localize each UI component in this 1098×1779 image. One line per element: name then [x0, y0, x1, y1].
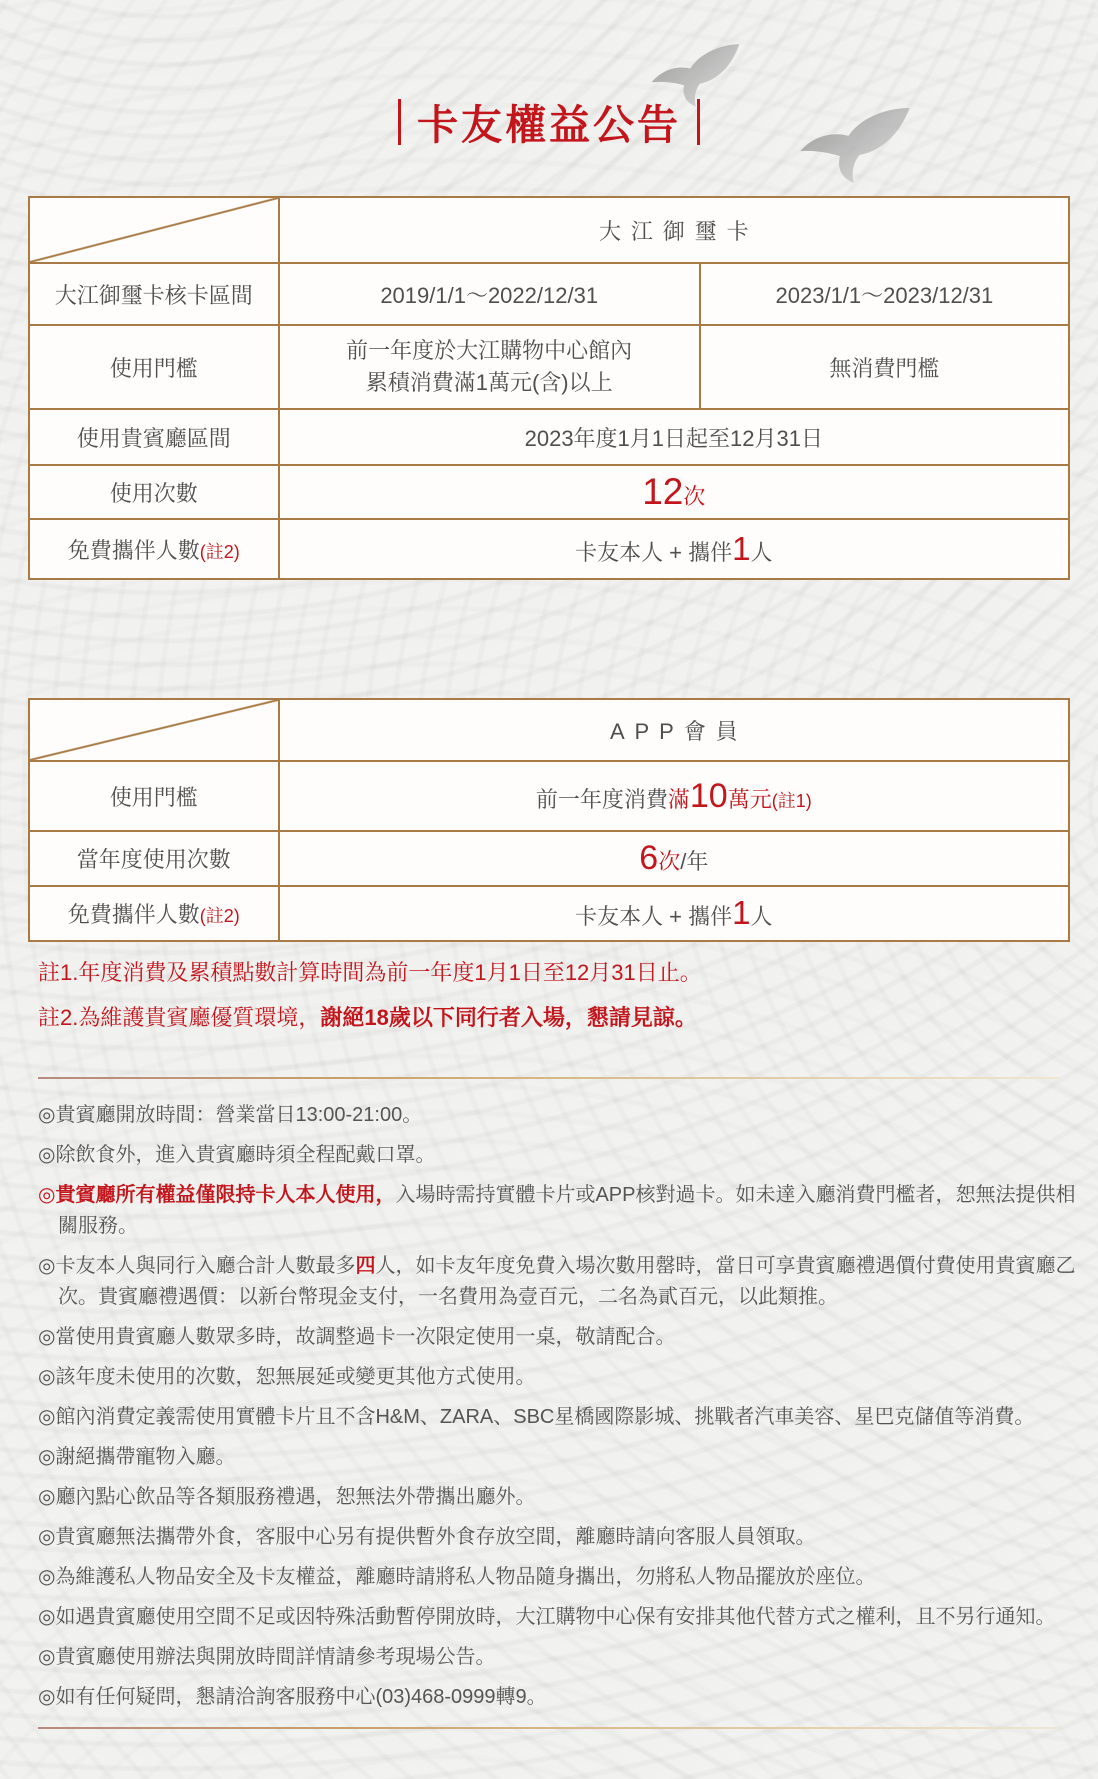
page-title: 卡友權益公告	[417, 92, 681, 151]
companion-pre: 卡友本人 + 攜伴	[575, 540, 732, 565]
list-item: ◎為維護私人物品安全及卡友權益，離廳時請將私人物品隨身攜出，勿將私人物品擺放於座…	[38, 1562, 1080, 1593]
app-companion-number: 1	[732, 894, 750, 931]
list-item: ◎當使用貴賓廳人數眾多時，故調整過卡一次限定使用一桌，敬請配合。	[38, 1322, 1080, 1353]
diagonal-cell	[29, 699, 279, 761]
bullet-text: ◎該年度未使用的次數，恕無展延或變更其他方式使用。	[38, 1366, 535, 1388]
cell-threshold-right: 無消費門檻	[700, 325, 1069, 409]
footnote-2-normal: 註2.為維護貴賓廳優質環境，	[38, 1005, 320, 1030]
cell-app-threshold: 前一年度消費滿10萬元(註1)	[279, 761, 1069, 831]
app-threshold-red1: 滿	[668, 787, 690, 812]
list-item: ◎貴賓廳使用辦法與開放時間詳情請參考現場公告。	[38, 1642, 1080, 1673]
bullet-text: ◎卡友本人與同行入廳合計人數最多	[38, 1255, 355, 1277]
app-companion-pre: 卡友本人 + 攜伴	[575, 904, 732, 929]
app-threshold-note: (註1)	[772, 791, 812, 811]
bullet-text: ◎館內消費定義需使用實體卡片且不含H&M、ZARA、SBC星橋國際影城、挑戰者汽…	[38, 1406, 1034, 1428]
footnote-2-bold: 謝絕18歲以下同行者入場，懇請見諒。	[320, 1005, 696, 1030]
uses-unit: 次	[683, 484, 705, 509]
bullet-text-red: ◎貴賓廳所有權益僅限持卡人本人使用，	[38, 1184, 395, 1206]
bullet-text: ◎除飲食外，進入貴賓廳時須全程配戴口罩。	[38, 1144, 435, 1166]
announcement-page: 卡友權益公告 大江御璽卡 大江御璽卡核卡區間 2019/1/1～2022/12/…	[0, 0, 1098, 1779]
bullet-text: ◎如遇貴賓廳使用空間不足或因特殊活動暫停開放時，大江購物中心保有安排其他代替方式…	[38, 1606, 1055, 1628]
row-label-companion: 免費攜伴人數(註2)	[29, 519, 279, 579]
app-companion-post: 人	[751, 904, 773, 929]
list-item: ◎貴賓廳無法攜帶外食，客服中心另有提供暫外食存放空間，離廳時請向客服人員領取。	[38, 1522, 1080, 1553]
separator-line-bottom	[38, 1727, 1060, 1729]
row-label-app-uses: 當年度使用次數	[29, 831, 279, 886]
cell-period-1: 2019/1/1～2022/12/31	[279, 263, 700, 325]
list-item: ◎貴賓廳開放時間：營業當日13:00-21:00。	[38, 1100, 1080, 1131]
companion-number: 1	[732, 530, 750, 567]
list-item: ◎如遇貴賓廳使用空間不足或因特殊活動暫停開放時，大江購物中心保有安排其他代替方式…	[38, 1602, 1080, 1633]
app-uses-suffix: /年	[680, 849, 708, 874]
cell-lounge-period: 2023年度1月1日起至12月31日	[279, 409, 1069, 465]
page-title-row: 卡友權益公告	[0, 92, 1098, 151]
app-threshold-number: 10	[690, 777, 728, 815]
list-item: ◎該年度未使用的次數，恕無展延或變更其他方式使用。	[38, 1362, 1080, 1393]
threshold-line-2: 累積消費滿1萬元(含)以上	[286, 367, 693, 399]
cell-app-uses: 6次/年	[279, 831, 1069, 886]
cell-companion: 卡友本人 + 攜伴1人	[279, 519, 1069, 579]
table-header-app: APP會員	[279, 699, 1069, 761]
companion-label-text: 免費攜伴人數	[68, 538, 200, 563]
bullet-text: ◎如有任何疑問，懇請洽詢客服務中心(03)468-0999轉9。	[38, 1686, 547, 1708]
list-item: ◎除飲食外，進入貴賓廳時須全程配戴口罩。	[38, 1140, 1080, 1171]
bullet-text-red: 四	[355, 1255, 375, 1277]
title-bar-left	[398, 99, 401, 145]
footnote-1: 註1.年度消費及累積點數計算時間為前一年度1月1日至12月31日止。	[38, 958, 1068, 988]
app-threshold-red2: 萬元	[728, 787, 772, 812]
bullet-text: ◎廳內點心飲品等各類服務禮遇，恕無法外帶攜出廳外。	[38, 1486, 535, 1508]
app-companion-label-note: (註2)	[200, 906, 240, 926]
threshold-line-1: 前一年度於大江購物中心館內	[286, 335, 693, 367]
list-item: ◎館內消費定義需使用實體卡片且不含H&M、ZARA、SBC星橋國際影城、挑戰者汽…	[38, 1402, 1080, 1433]
list-item: ◎謝絕攜帶寵物入廳。	[38, 1442, 1080, 1473]
title-bar-right	[697, 99, 700, 145]
bullet-text: ◎謝絕攜帶寵物入廳。	[38, 1446, 235, 1468]
row-label-lounge-period: 使用貴賓廳區間	[29, 409, 279, 465]
cell-threshold-left: 前一年度於大江購物中心館內 累積消費滿1萬元(含)以上	[279, 325, 700, 409]
row-label-app-threshold: 使用門檻	[29, 761, 279, 831]
table-header-card: 大江御璽卡	[279, 197, 1069, 263]
app-threshold-pre: 前一年度消費	[536, 787, 668, 812]
cell-period-2: 2023/1/1～2023/12/31	[700, 263, 1069, 325]
uses-number: 12	[642, 471, 683, 512]
row-label-app-companion: 免費攜伴人數(註2)	[29, 886, 279, 941]
bullet-text: ◎貴賓廳開放時間：營業當日13:00-21:00。	[38, 1104, 422, 1126]
bullet-text: ◎貴賓廳無法攜帶外食，客服中心另有提供暫外食存放空間，離廳時請向客服人員領取。	[38, 1526, 815, 1548]
list-item: ◎廳內點心飲品等各類服務禮遇，恕無法外帶攜出廳外。	[38, 1482, 1080, 1513]
row-label-interval: 大江御璽卡核卡區間	[29, 263, 279, 325]
bullet-text: ◎當使用貴賓廳人數眾多時，故調整過卡一次限定使用一桌，敬請配合。	[38, 1326, 675, 1348]
list-item: ◎貴賓廳所有權益僅限持卡人本人使用，入場時需持實體卡片或APP核對過卡。如未達入…	[38, 1180, 1080, 1242]
row-label-threshold: 使用門檻	[29, 325, 279, 409]
app-companion-label-text: 免費攜伴人數	[68, 902, 200, 927]
footnotes: 註1.年度消費及累積點數計算時間為前一年度1月1日至12月31日止。 註2.為維…	[38, 958, 1068, 1047]
companion-post: 人	[751, 540, 773, 565]
app-member-table: APP會員 使用門檻 前一年度消費滿10萬元(註1) 當年度使用次數 6次/年 …	[28, 698, 1070, 942]
separator-line-top	[38, 1077, 1060, 1079]
app-uses-unit: 次	[658, 849, 680, 874]
row-label-uses: 使用次數	[29, 465, 279, 519]
cell-uses: 12次	[279, 465, 1069, 519]
card-benefits-table: 大江御璽卡 大江御璽卡核卡區間 2019/1/1～2022/12/31 2023…	[28, 196, 1070, 580]
cell-app-companion: 卡友本人 + 攜伴1人	[279, 886, 1069, 941]
bullet-text: ◎貴賓廳使用辦法與開放時間詳情請參考現場公告。	[38, 1646, 495, 1668]
footnote-2: 註2.為維護貴賓廳優質環境，謝絕18歲以下同行者入場，懇請見諒。	[38, 1003, 1068, 1033]
rules-list: ◎貴賓廳開放時間：營業當日13:00-21:00。 ◎除飲食外，進入貴賓廳時須全…	[38, 1100, 1080, 1722]
diagonal-cell	[29, 197, 279, 263]
list-item: ◎卡友本人與同行入廳合計人數最多四人，如卡友年度免費入場次數用罄時，當日可享貴賓…	[38, 1251, 1080, 1313]
list-item: ◎如有任何疑問，懇請洽詢客服務中心(03)468-0999轉9。	[38, 1682, 1080, 1713]
bullet-text: ◎為維護私人物品安全及卡友權益，離廳時請將私人物品隨身攜出，勿將私人物品擺放於座…	[38, 1566, 875, 1588]
companion-label-note: (註2)	[200, 542, 240, 562]
app-uses-number: 6	[639, 839, 658, 877]
